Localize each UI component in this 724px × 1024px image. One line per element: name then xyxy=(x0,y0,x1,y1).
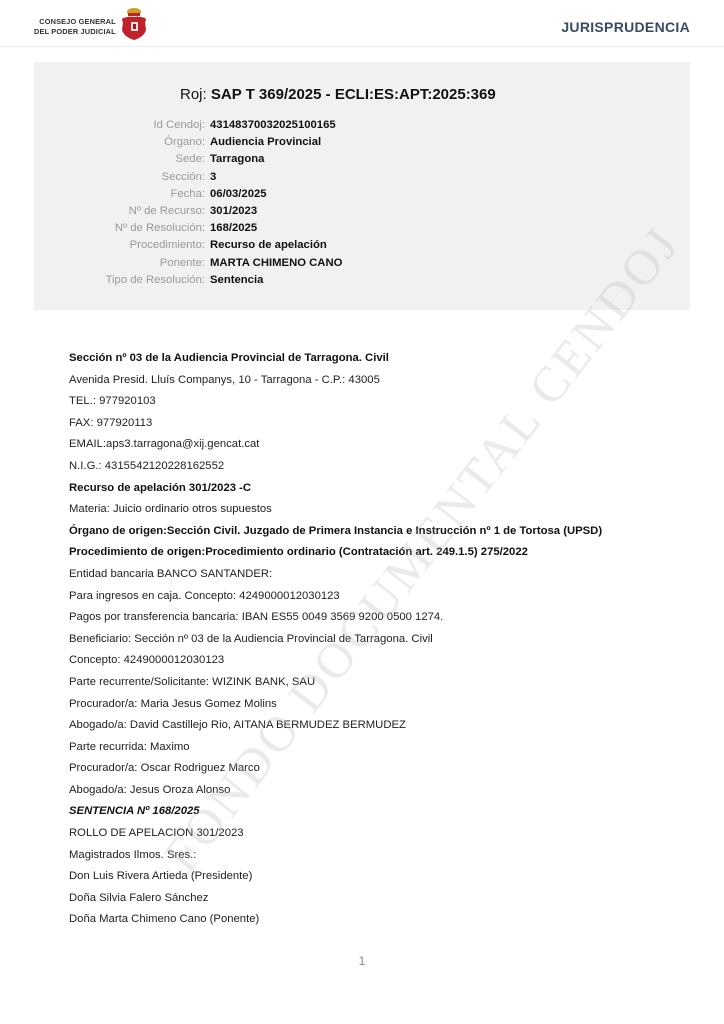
field-label: Sección: xyxy=(162,169,205,186)
body-line: Abogado/a: David Castillejo Rio, AITANA … xyxy=(69,715,669,737)
body-line: Abogado/a: Jesus Oroza Alonso xyxy=(69,780,669,802)
body-line: Doña Silvia Falero Sánchez xyxy=(69,888,669,910)
field-label: Ponente: xyxy=(160,255,205,272)
field-label: Sede: xyxy=(175,151,205,168)
field-value: Audiencia Provincial xyxy=(210,134,321,151)
roj-prefix: Roj: xyxy=(180,86,207,103)
body-line: Procedimiento de origen:Procedimiento or… xyxy=(69,542,669,564)
coat-of-arms-icon xyxy=(119,6,149,42)
body-line: Procurador/a: Oscar Rodriguez Marco xyxy=(69,758,669,780)
field-resolucion: Nº de Resolución:168/2025 xyxy=(0,220,724,237)
field-value: 06/03/2025 xyxy=(210,186,267,203)
field-organo: Órgano:Audiencia Provincial xyxy=(0,134,724,151)
field-value: Sentencia xyxy=(210,272,263,289)
body-line: Recurso de apelación 301/2023 -C xyxy=(69,478,669,500)
field-label: Órgano: xyxy=(164,134,205,151)
body-line: TEL.: 977920103 xyxy=(69,391,669,413)
field-label: Tipo de Resolución: xyxy=(106,272,205,289)
field-value: Recurso de apelación xyxy=(210,237,327,254)
field-recurso: Nº de Recurso:301/2023 xyxy=(0,203,724,220)
body-line: Parte recurrente/Solicitante: WIZINK BAN… xyxy=(69,672,669,694)
body-line: FAX: 977920113 xyxy=(69,413,669,435)
body-line: Para ingresos en caja. Concepto: 4249000… xyxy=(69,586,669,608)
field-sede: Sede:Tarragona xyxy=(0,151,724,168)
body-line: Entidad bancaria BANCO SANTANDER: xyxy=(69,564,669,586)
field-value: 168/2025 xyxy=(210,220,257,237)
document-body: Sección nº 03 de la Audiencia Provincial… xyxy=(69,348,669,931)
field-seccion: Sección:3 xyxy=(0,169,724,186)
field-procedimiento: Procedimiento:Recurso de apelación xyxy=(0,237,724,254)
page-header: CONSEJO GENERAL DEL PODER JUDICIAL JURIS… xyxy=(0,0,724,47)
field-fecha: Fecha:06/03/2025 xyxy=(0,186,724,203)
body-line: Avenida Presid. Lluís Companys, 10 - Tar… xyxy=(69,370,669,392)
logo-line-2: DEL PODER JUDICIAL xyxy=(34,27,116,37)
field-ponente: Ponente:MARTA CHIMENO CANO xyxy=(0,255,724,272)
cgpj-logo-text: CONSEJO GENERAL DEL PODER JUDICIAL xyxy=(34,17,116,36)
body-line: Procurador/a: Maria Jesus Gomez Molins xyxy=(69,694,669,716)
body-line: ROLLO DE APELACION 301/2023 xyxy=(69,823,669,845)
field-label: Nº de Resolución: xyxy=(115,220,205,237)
field-value: MARTA CHIMENO CANO xyxy=(210,255,342,272)
field-tipo-resolucion: Tipo de Resolución:Sentencia xyxy=(0,272,724,289)
field-value: Tarragona xyxy=(210,151,264,168)
field-label: Id Cendoj: xyxy=(154,117,206,134)
body-line: Don Luis Rivera Artieda (Presidente) xyxy=(69,866,669,888)
body-line: N.I.G.: 4315542120228162552 xyxy=(69,456,669,478)
body-line: Beneficiario: Sección nº 03 de la Audien… xyxy=(69,629,669,651)
body-line: Concepto: 4249000012030123 xyxy=(69,650,669,672)
metadata-fields: Id Cendoj:43148370032025100165 Órgano:Au… xyxy=(0,117,724,289)
roj-title: Roj: SAP T 369/2025 - ECLI:ES:APT:2025:3… xyxy=(180,86,496,103)
field-label: Fecha: xyxy=(170,186,205,203)
body-line: Pagos por transferencia bancaria: IBAN E… xyxy=(69,607,669,629)
body-line: Magistrados Ilmos. Sres.: xyxy=(69,845,669,867)
body-line: Doña Marta Chimeno Cano (Ponente) xyxy=(69,909,669,931)
field-label: Procedimiento: xyxy=(130,237,205,254)
roj-value: SAP T 369/2025 - ECLI:ES:APT:2025:369 xyxy=(211,86,496,103)
body-line: SENTENCIA Nº 168/2025 xyxy=(69,801,669,823)
field-value: 3 xyxy=(210,169,216,186)
field-id-cendoj: Id Cendoj:43148370032025100165 xyxy=(0,117,724,134)
field-value: 301/2023 xyxy=(210,203,257,220)
body-line: EMAIL:aps3.tarragona@xij.gencat.cat xyxy=(69,434,669,456)
section-title: JURISPRUDENCIA xyxy=(561,19,690,35)
body-line: Sección nº 03 de la Audiencia Provincial… xyxy=(69,348,669,370)
page-number: 1 xyxy=(0,954,724,968)
field-value: 43148370032025100165 xyxy=(210,117,336,134)
body-line: Materia: Juicio ordinario otros supuesto… xyxy=(69,499,669,521)
body-line: Órgano de origen:Sección Civil. Juzgado … xyxy=(69,521,669,543)
body-line: Parte recurrida: Maximo xyxy=(69,737,669,759)
logo-line-1: CONSEJO GENERAL xyxy=(34,17,116,27)
field-label: Nº de Recurso: xyxy=(129,203,205,220)
